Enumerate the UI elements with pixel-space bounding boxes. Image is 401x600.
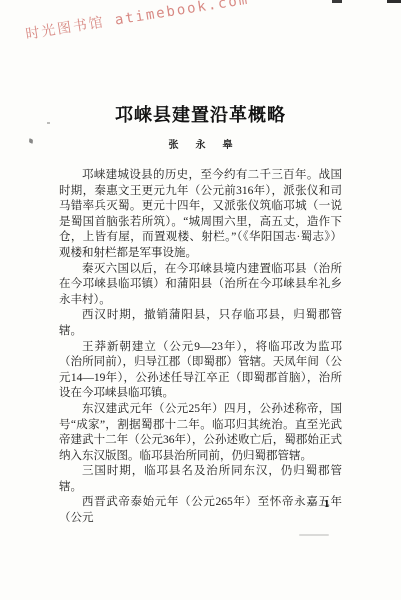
paragraph: 西汉时期，撤销蒲阳县，只存临邛县，归蜀郡管辖。 [59, 308, 342, 339]
scan-speck [47, 122, 50, 124]
paragraph: 东汉建武元年（公元25年）四月，公孙述称帝，国号“成家”，割据蜀郡十二年。临邛归… [59, 402, 342, 464]
paragraph: 三国时期，临邛县名及治所同东汉，仍归蜀郡管辖。 [59, 464, 342, 495]
paragraph: 邛崃建城设县的历史，至今约有二千三百年。战国时期，秦惠文王更元九年（公元前316… [59, 168, 342, 262]
author-name: 张永皋 [0, 136, 401, 151]
page-number: 1 [324, 498, 330, 510]
article-body: 邛崃建城设县的历史，至今约有二千三百年。战国时期，秦惠文王更元九年（公元前316… [59, 168, 342, 527]
paragraph: 王莽新朝建立（公元9—23年），将临邛改为监邛（治所同前），归导江郡（即蜀郡）管… [59, 340, 342, 402]
scan-edge-mark [332, 0, 342, 3]
paragraph: 秦灭六国以后，在今邛崃县境内建置临邛县（治所在今邛崃县临邛镇）和蒲阳县（治所在今… [59, 262, 342, 309]
scan-smudge [299, 534, 329, 536]
scan-edge-mark [387, 0, 401, 3]
paragraph: 西晋武帝泰始元年（公元265年）至怀帝永嘉五年（公元 [59, 495, 342, 526]
scanned-book-page: 时光图书馆 atimebook.com 邛崃县建置沿革概略 张永皋 邛崃建城设县… [0, 0, 401, 600]
